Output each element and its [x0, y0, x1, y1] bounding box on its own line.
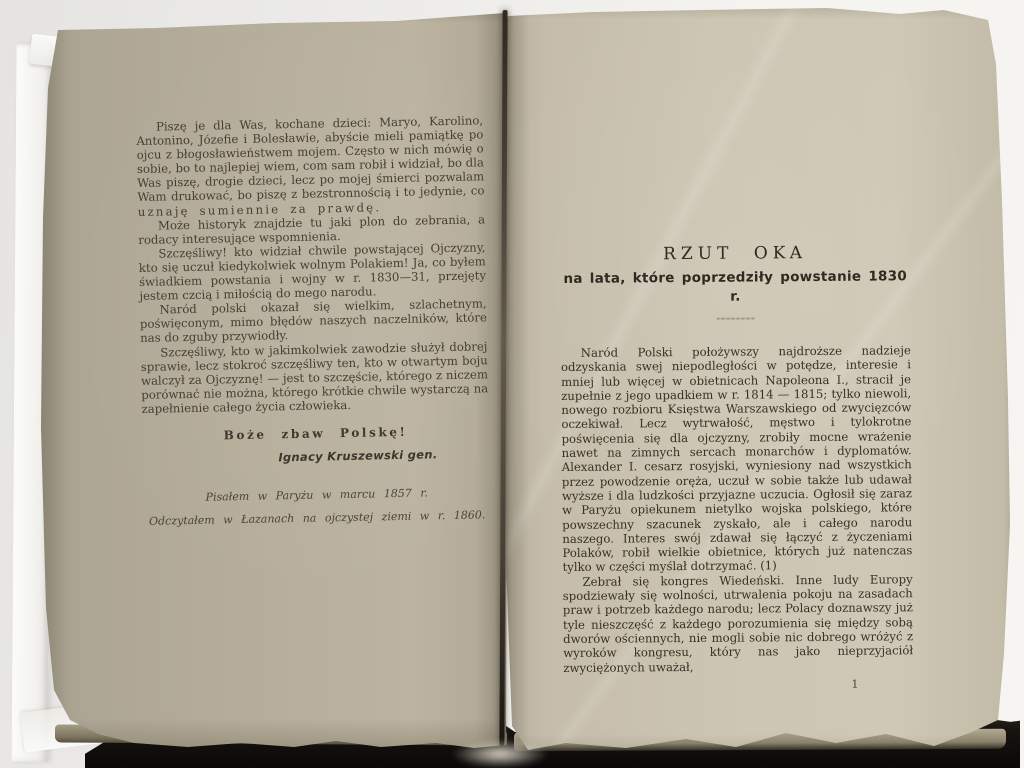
chapter-subtitle: na lata, które poprzedziły powstanie 183… [560, 267, 910, 308]
date-line: Odczytałem w Łazanach na ojczystej ziemi… [144, 505, 491, 532]
right-page-text-block: RZUT OKA na lata, które poprzedziły pows… [560, 241, 914, 694]
paragraph-text: Piszę je dla Was, kochane dzieci: Maryo,… [136, 113, 484, 204]
paragraph: Naród polski okazał się wielkim, szlache… [140, 297, 488, 346]
author-signature: Ignacy Kruszewski gen. [142, 446, 489, 467]
page-number: 1 [563, 677, 913, 694]
book-photo: Piszę je dla Was, kochane dzieci: Maryo,… [0, 0, 1024, 768]
paragraph: Zebrał się kongres Wiedeński. Inne ludy … [563, 572, 914, 675]
left-page-text-block: Piszę je dla Was, kochane dzieci: Maryo,… [136, 113, 491, 532]
paragraph: Piszę je dla Was, kochane dzieci: Maryo,… [136, 113, 485, 218]
paragraph: Naród Polski położywszy najdroższe nadzi… [561, 343, 913, 574]
blurred-page-corner [452, 740, 548, 768]
ornament-rule [717, 317, 755, 319]
date-line: Pisałem w Paryżu w marcu 1857 r. [143, 482, 490, 509]
paragraph: Szczęśliwy, kto w jakimkolwiek zawodzie … [140, 339, 488, 416]
chapter-title: RZUT OKA [560, 241, 910, 266]
dedication-line: Boże zbaw Polskę! [142, 423, 489, 444]
right-page: RZUT OKA na lata, które poprzedziły pows… [504, 4, 1024, 764]
left-page: Piszę je dla Was, kochane dzieci: Maryo,… [36, 8, 508, 748]
paragraph: Szczęśliwy! kto widział chwile powstając… [138, 240, 486, 303]
